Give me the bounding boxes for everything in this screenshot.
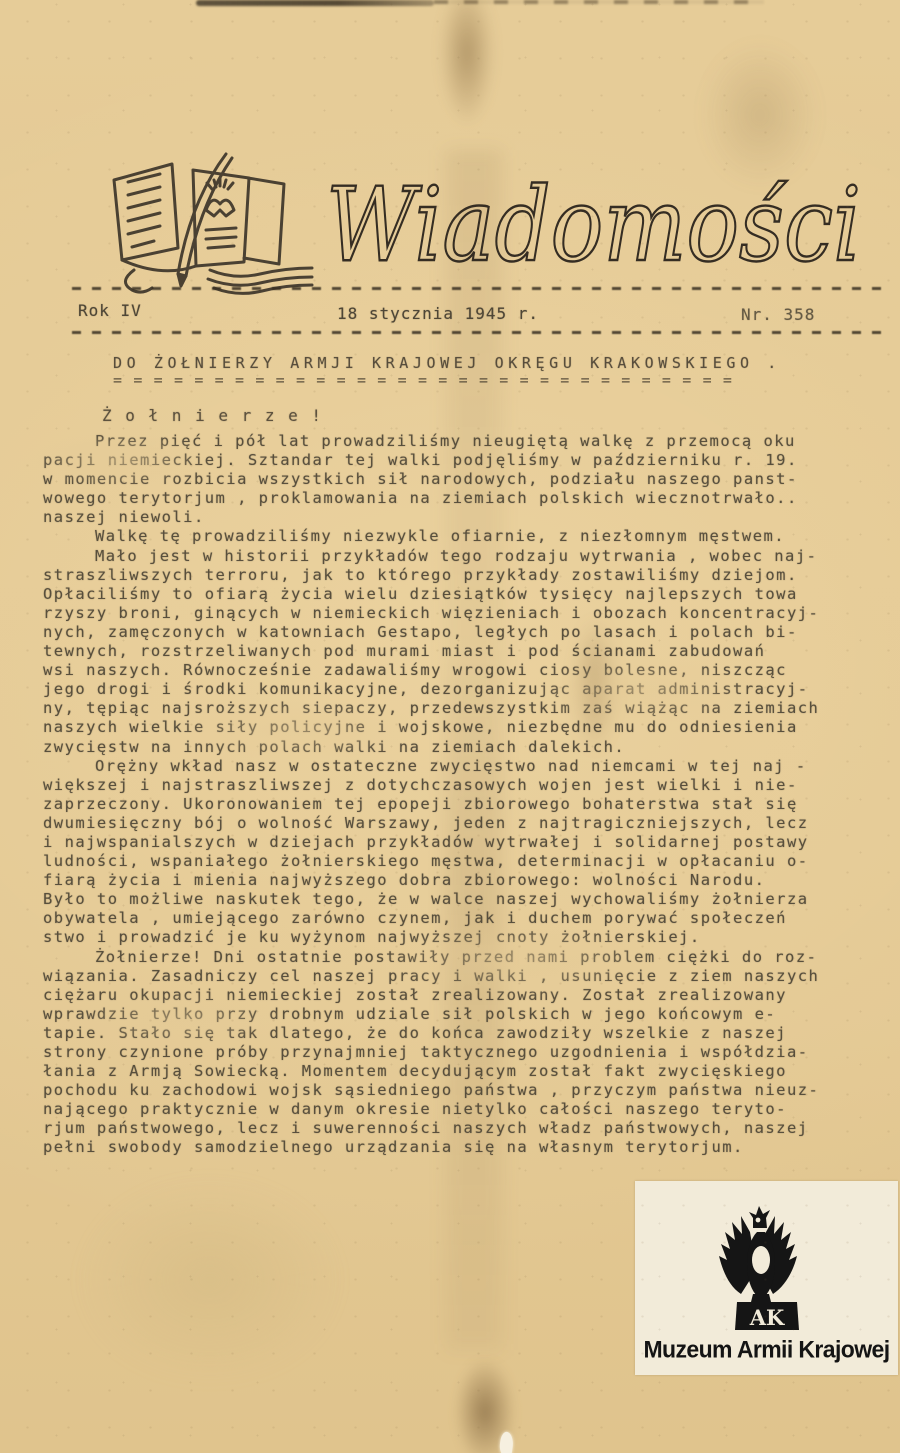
salutation: Ż o ł n i e r z e ! (102, 406, 323, 425)
masthead-title: Wiadomości (318, 148, 873, 307)
top-edge-ink-smudge-2 (434, 0, 764, 4)
paragraph-2: Walkę tę prowadziliśmy niezwykle ofiarni… (43, 527, 865, 546)
paper-tear (498, 1431, 514, 1453)
museum-watermark-label: Muzeum Armii Krajowej (644, 1335, 890, 1363)
issue-number: Nr. 358 (741, 305, 815, 324)
fold-stain-bottom (440, 1340, 530, 1453)
scanned-bulletin-page: Wiadomości Rok IV 18 stycznia 1945 r. Nr… (0, 0, 900, 1453)
paragraph-3: Mało jest w historii przykładów tego rod… (43, 547, 865, 757)
body-text: Przez pięć i pół lat prowadziliśmy nieug… (43, 432, 865, 1158)
svg-text:Wiadomości: Wiadomości (326, 166, 861, 285)
paper-light-patch (80, 1180, 340, 1380)
svg-text:AK: AK (748, 1305, 784, 1330)
issue-date: 18 stycznia 1945 r. (337, 304, 539, 323)
ak-eagle-icon: AK (703, 1198, 831, 1334)
top-edge-ink-smudge (196, 0, 434, 6)
paragraph-4: Orężny wkład nasz w ostateczne zwycięstw… (43, 757, 865, 948)
headline: DO ŻOŁNIERZY ARMJI KRAJOWEJ OKRĘGU KRAKO… (113, 354, 773, 372)
paragraph-1: Przez pięć i pół lat prowadziliśmy nieug… (43, 432, 865, 527)
paragraph-5: Żołnierze! Dni ostatnie postawiły przed … (43, 948, 865, 1158)
museum-watermark: AK Muzeum Armii Krajowej (635, 1181, 898, 1375)
headline-underline: =============================== (113, 371, 773, 389)
book-quill-logo-icon (98, 152, 318, 306)
volume-label: Rok IV (78, 301, 142, 320)
dashed-rule-bottom (72, 331, 885, 334)
dashed-rule-top (72, 287, 885, 290)
